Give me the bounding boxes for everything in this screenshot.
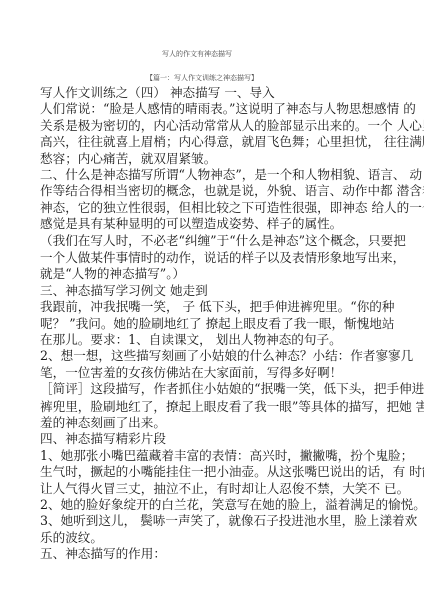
- paragraph-line: 神态，它的独立性很弱，但相比较之下可造性很强，即神态 给人的一个: [40, 200, 385, 216]
- paragraph-line: 就是“人物的神态描写”。）: [40, 266, 385, 282]
- paragraph-line: 生气时，撅起的小嘴能挂住一把小油壶。从这张嘴巴说出的话，有 时能: [40, 464, 385, 480]
- document-body: 写人作文训练之（四） 神态描写 一、导入 人们常说：“脸是人感情的晴雨表。”这说…: [40, 85, 385, 563]
- comment-line: 羞的神态刻画了出来。: [40, 415, 385, 431]
- paragraph-line: 乐的波纹。: [40, 530, 385, 546]
- paragraph-line: 高兴，往往就喜上眉梢；内心得意，就眉飞色舞；心里担忧， 往往满脸: [40, 134, 385, 150]
- document-subtitle: 【篇一：写人作文训练之神态描写】: [0, 73, 414, 83]
- paragraph-line: 在那儿。要求：1、自读课文， 划出人物神态的句子。: [40, 332, 385, 348]
- paragraph-line: 我跟前，冲我抿嘴一笑， 子 低下头，把手伸进裤兜里。“你的种: [40, 299, 385, 315]
- paragraph-line: 呢？ ”我问。她的脸刷地红了 撩起上眼皮看了我一眼，惭愧地站: [40, 316, 385, 332]
- comment-line: ［简评］这段描写，作者抓住小姑娘的“抿嘴一笑，低下头，把手伸进: [40, 381, 385, 399]
- paragraph-line: 关系是极为密切的，内心活动常常从人的脸部显示出来的。一个 人心里: [40, 118, 385, 134]
- paragraph-line: 笔，一位害羞的女孩仿佛站在大家面前，写得多好啊！: [40, 365, 385, 381]
- paragraph-line: （我们在写人时，不必老“纠缠”于“什么是神态”这个概念，只要把: [40, 233, 385, 251]
- paragraph-line: 3、她听到这儿， 鬓哧一声笑了，就像石子投进池水里，脸上漾着欢: [40, 513, 385, 529]
- section-heading-4: 四、神态描写精彩片段: [40, 431, 385, 447]
- paragraph-line: 2、想一想，这些描写刻画了小姑娘的什么神态？小结：作者寥寥几: [40, 348, 385, 364]
- paragraph-line: 2、她的脸好象绽开的白兰花，笑意写在她的脸上，溢着满足的愉悦。: [40, 497, 385, 513]
- section-title: 写人作文训练之（四） 神态描写 一、导入: [40, 85, 385, 101]
- paragraph-line: 愁容；内心痛苦，就双眉紧皱。: [40, 151, 385, 167]
- paragraph-line: 人们常说：“脸是人感情的晴雨表。”这说明了神态与人物思想感情 的: [40, 101, 385, 117]
- paragraph-line: 感觉是具有某种显明的可以塑造成姿势、样子的属性。: [40, 216, 385, 232]
- section-heading-5: 五、神态描写的作用：: [40, 546, 385, 562]
- comment-line: 裤兜里，脸刷地红了，撩起上眼皮看了我一眼”等具体的描写，把她 害: [40, 399, 385, 415]
- section-heading-2: 二、什么是神态描写所谓“人物神态”，是一个和人物相貌、语言、 动: [40, 167, 385, 183]
- paragraph-line: 一个人做某件事情时的动作，说话的样子以及表情形象地写出来，: [40, 250, 385, 266]
- paragraph-line: 1、她那张小嘴巴蕴藏着丰富的表情：高兴时，撇撇嘴，扮个鬼脸；: [40, 448, 385, 464]
- paragraph-line: 作等结合得相当密切的概念，也就是说，外貌、语言、动作中都 潜含着: [40, 183, 385, 199]
- document-top-title: 写人的作文有神态描写: [0, 49, 409, 59]
- section-heading-3: 三、神态描写学习例文 她走到: [40, 283, 385, 299]
- paragraph-line: 让人气得火冒三丈，抽泣不止，有时却让人忍俊不禁，大笑不 已。: [40, 481, 385, 497]
